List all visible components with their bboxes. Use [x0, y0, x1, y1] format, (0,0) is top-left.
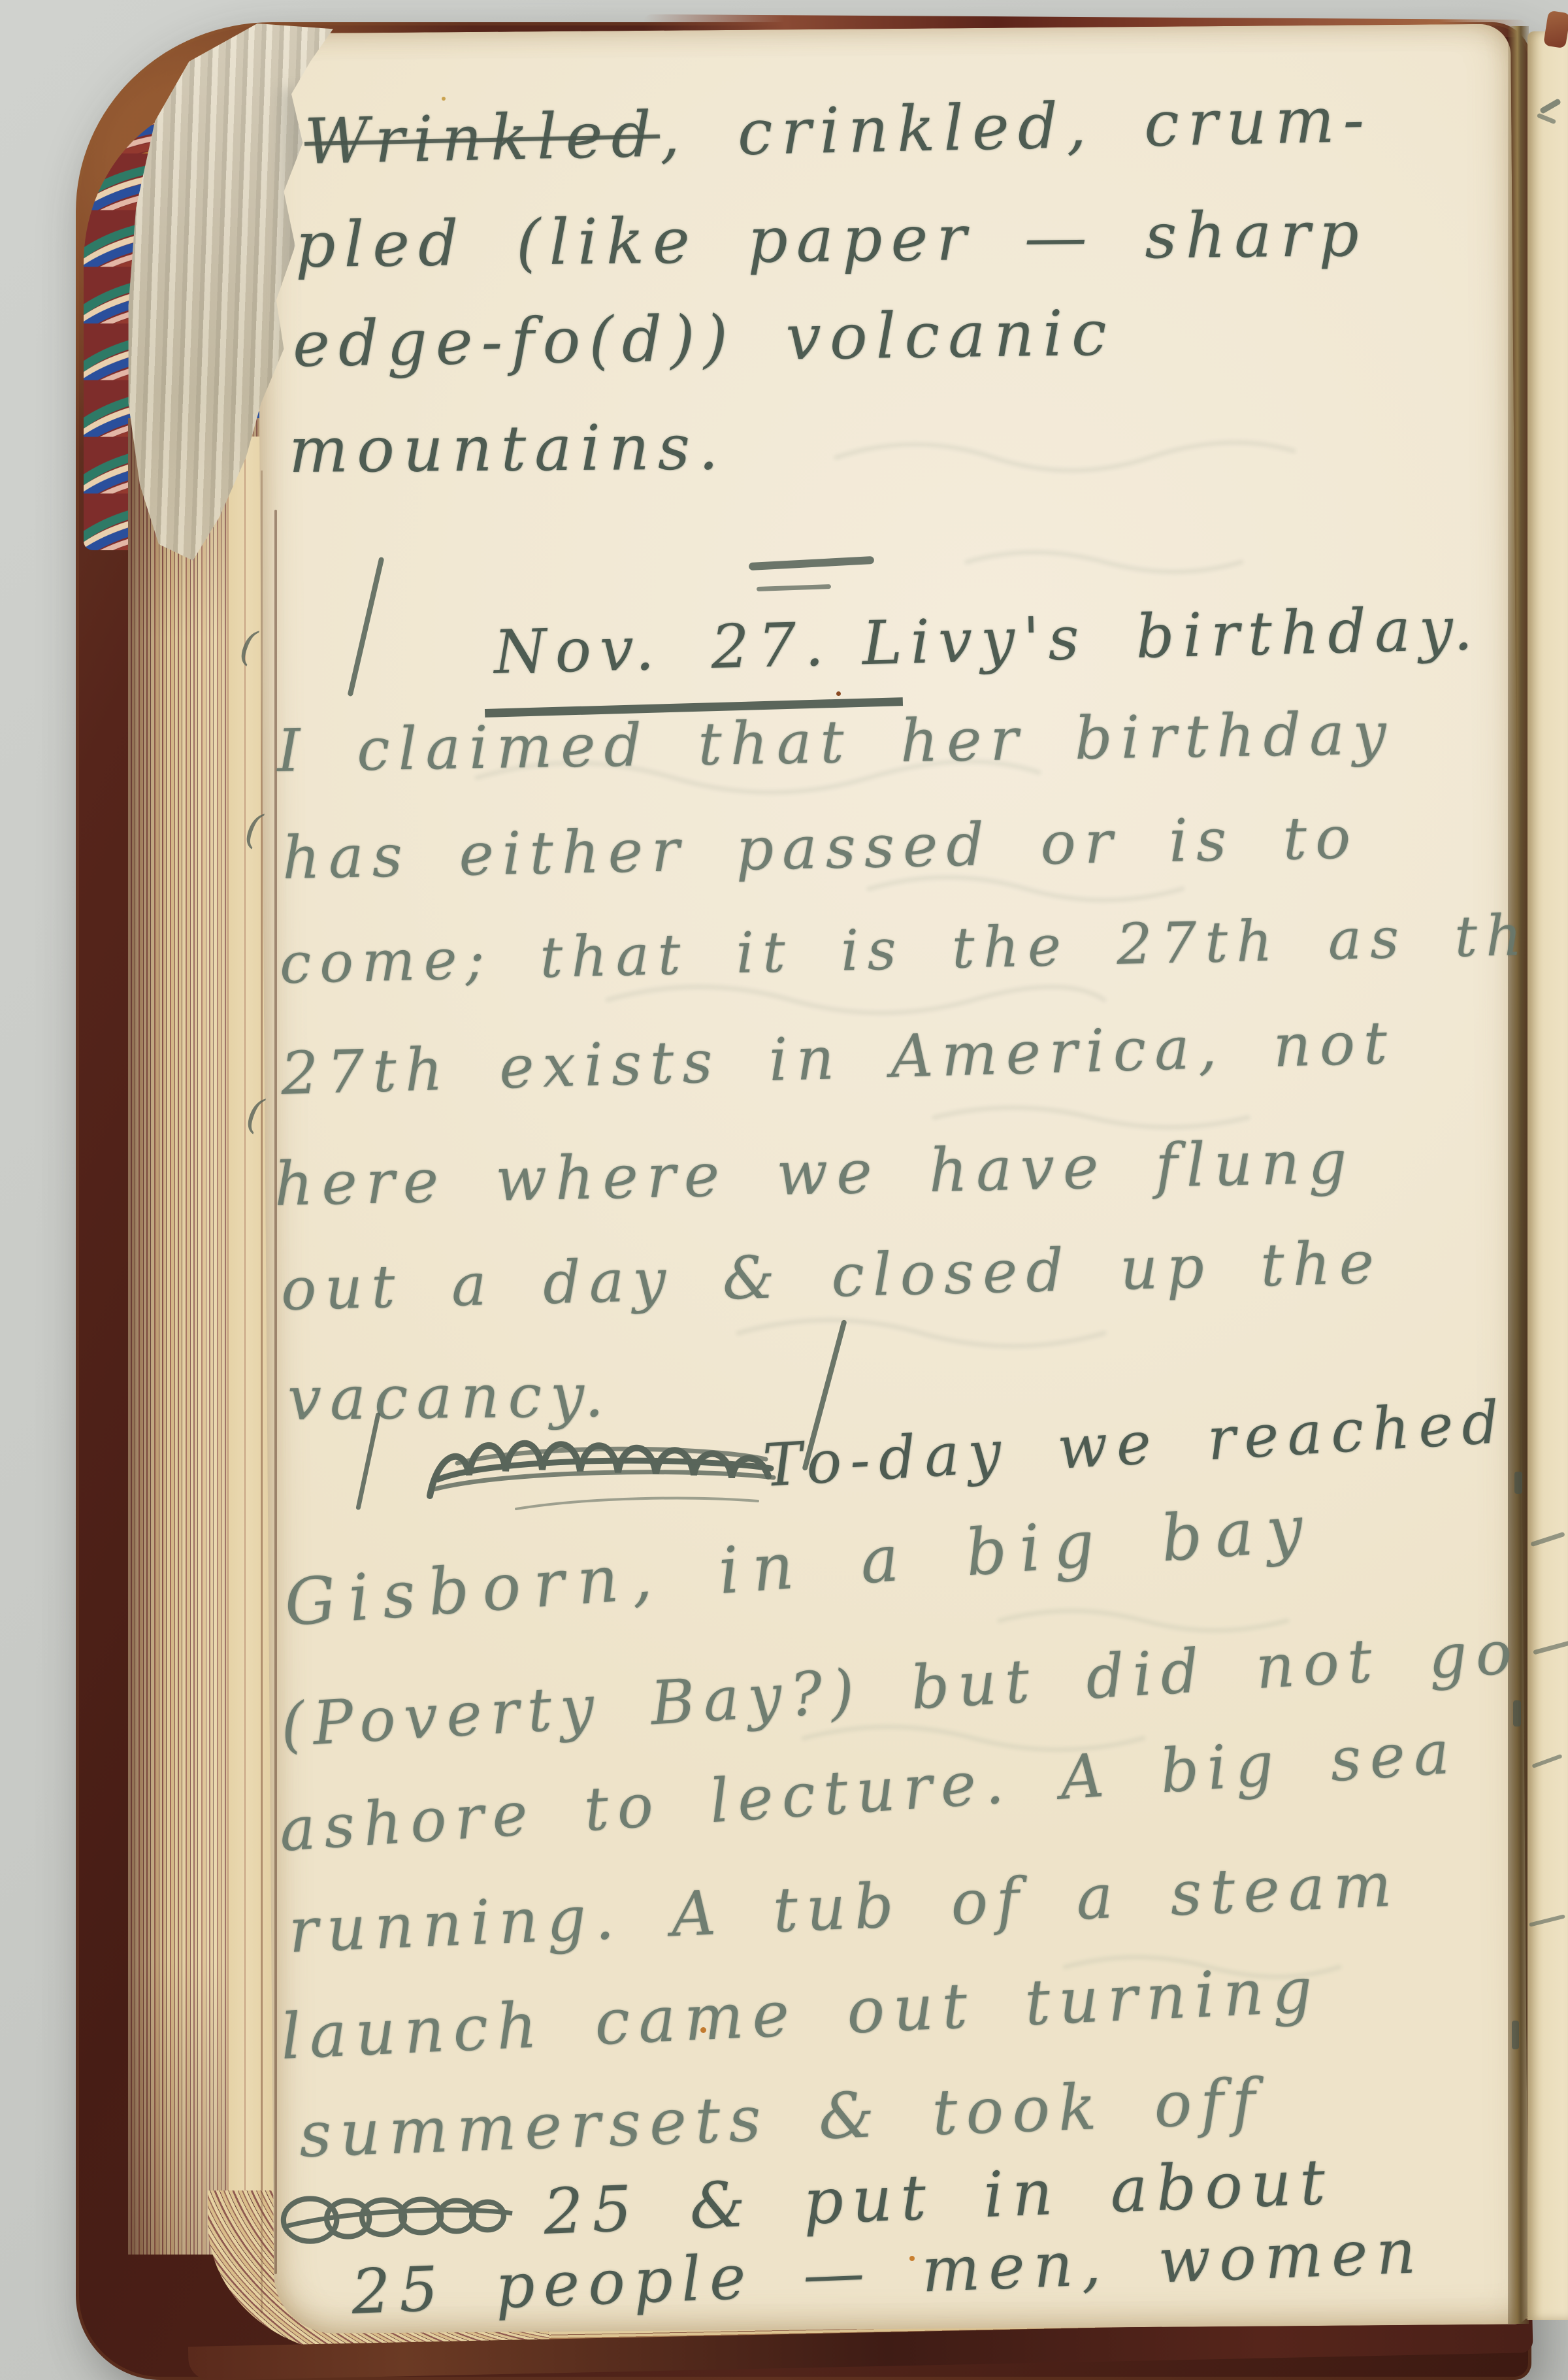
- gutter-pencil-mark: [1513, 1700, 1521, 1727]
- foxing-speck: [909, 2256, 915, 2261]
- foxing-speck: [836, 691, 841, 696]
- handwriting-line: out a day & closed up the: [280, 1229, 1383, 1324]
- handwriting-text: , crinkled, crum-: [659, 83, 1373, 171]
- foxing-speck: [700, 2027, 706, 2033]
- handwriting-line: has either passed or is to: [282, 804, 1360, 892]
- entry-date-rest: Livy's birthday.: [861, 593, 1482, 678]
- separator-dash: [757, 584, 831, 591]
- handwriting-line: running. A tub of a steam: [287, 1850, 1401, 1967]
- handwriting-line: come; that it is the 27th as the: [279, 902, 1527, 997]
- entry-date: Nov. 27.: [493, 609, 833, 687]
- scratched-out-word: [277, 2180, 519, 2253]
- handwriting-line: mountains.: [289, 411, 727, 486]
- handwriting-line: 27th exists in America, not: [280, 1009, 1397, 1108]
- facing-page-edge: [1527, 31, 1568, 2320]
- margin-paren-mark: (: [237, 621, 259, 671]
- handwriting-line: Wrinkled, crinkled, crum-: [304, 84, 1373, 178]
- handwritten-text-layer: Wrinkled, crinkled, crum- pled (like pap…: [0, 0, 1527, 2380]
- cover-corner-top-right: [1543, 10, 1568, 49]
- struck-out-word: Wrinkled: [304, 98, 661, 178]
- gutter-pencil-mark: [1512, 2021, 1519, 2049]
- handwriting-line: I claimed that her birthday: [276, 700, 1395, 785]
- handwriting-line: here where we have flung: [274, 1127, 1356, 1219]
- scratched-out-word: [418, 1417, 784, 1516]
- handwriting-line: To-day we reached: [761, 1388, 1510, 1500]
- entry-date-line: Nov. 27.Livy's birthday.: [493, 594, 1482, 687]
- handwriting-line: launch came out turning: [279, 1954, 1322, 2074]
- margin-paren-mark: (: [243, 1089, 266, 1139]
- foxing-speck: [442, 97, 446, 101]
- gutter-pencil-mark: [1514, 1472, 1522, 1494]
- handwriting-line: pled (like paper — sharp: [295, 198, 1367, 282]
- margin-paren-mark: (: [242, 804, 265, 854]
- paragraph-slash-mark: [348, 557, 385, 697]
- separator-dash: [749, 556, 874, 570]
- handwriting-line: edge-fo(d)) volcanic: [292, 297, 1115, 380]
